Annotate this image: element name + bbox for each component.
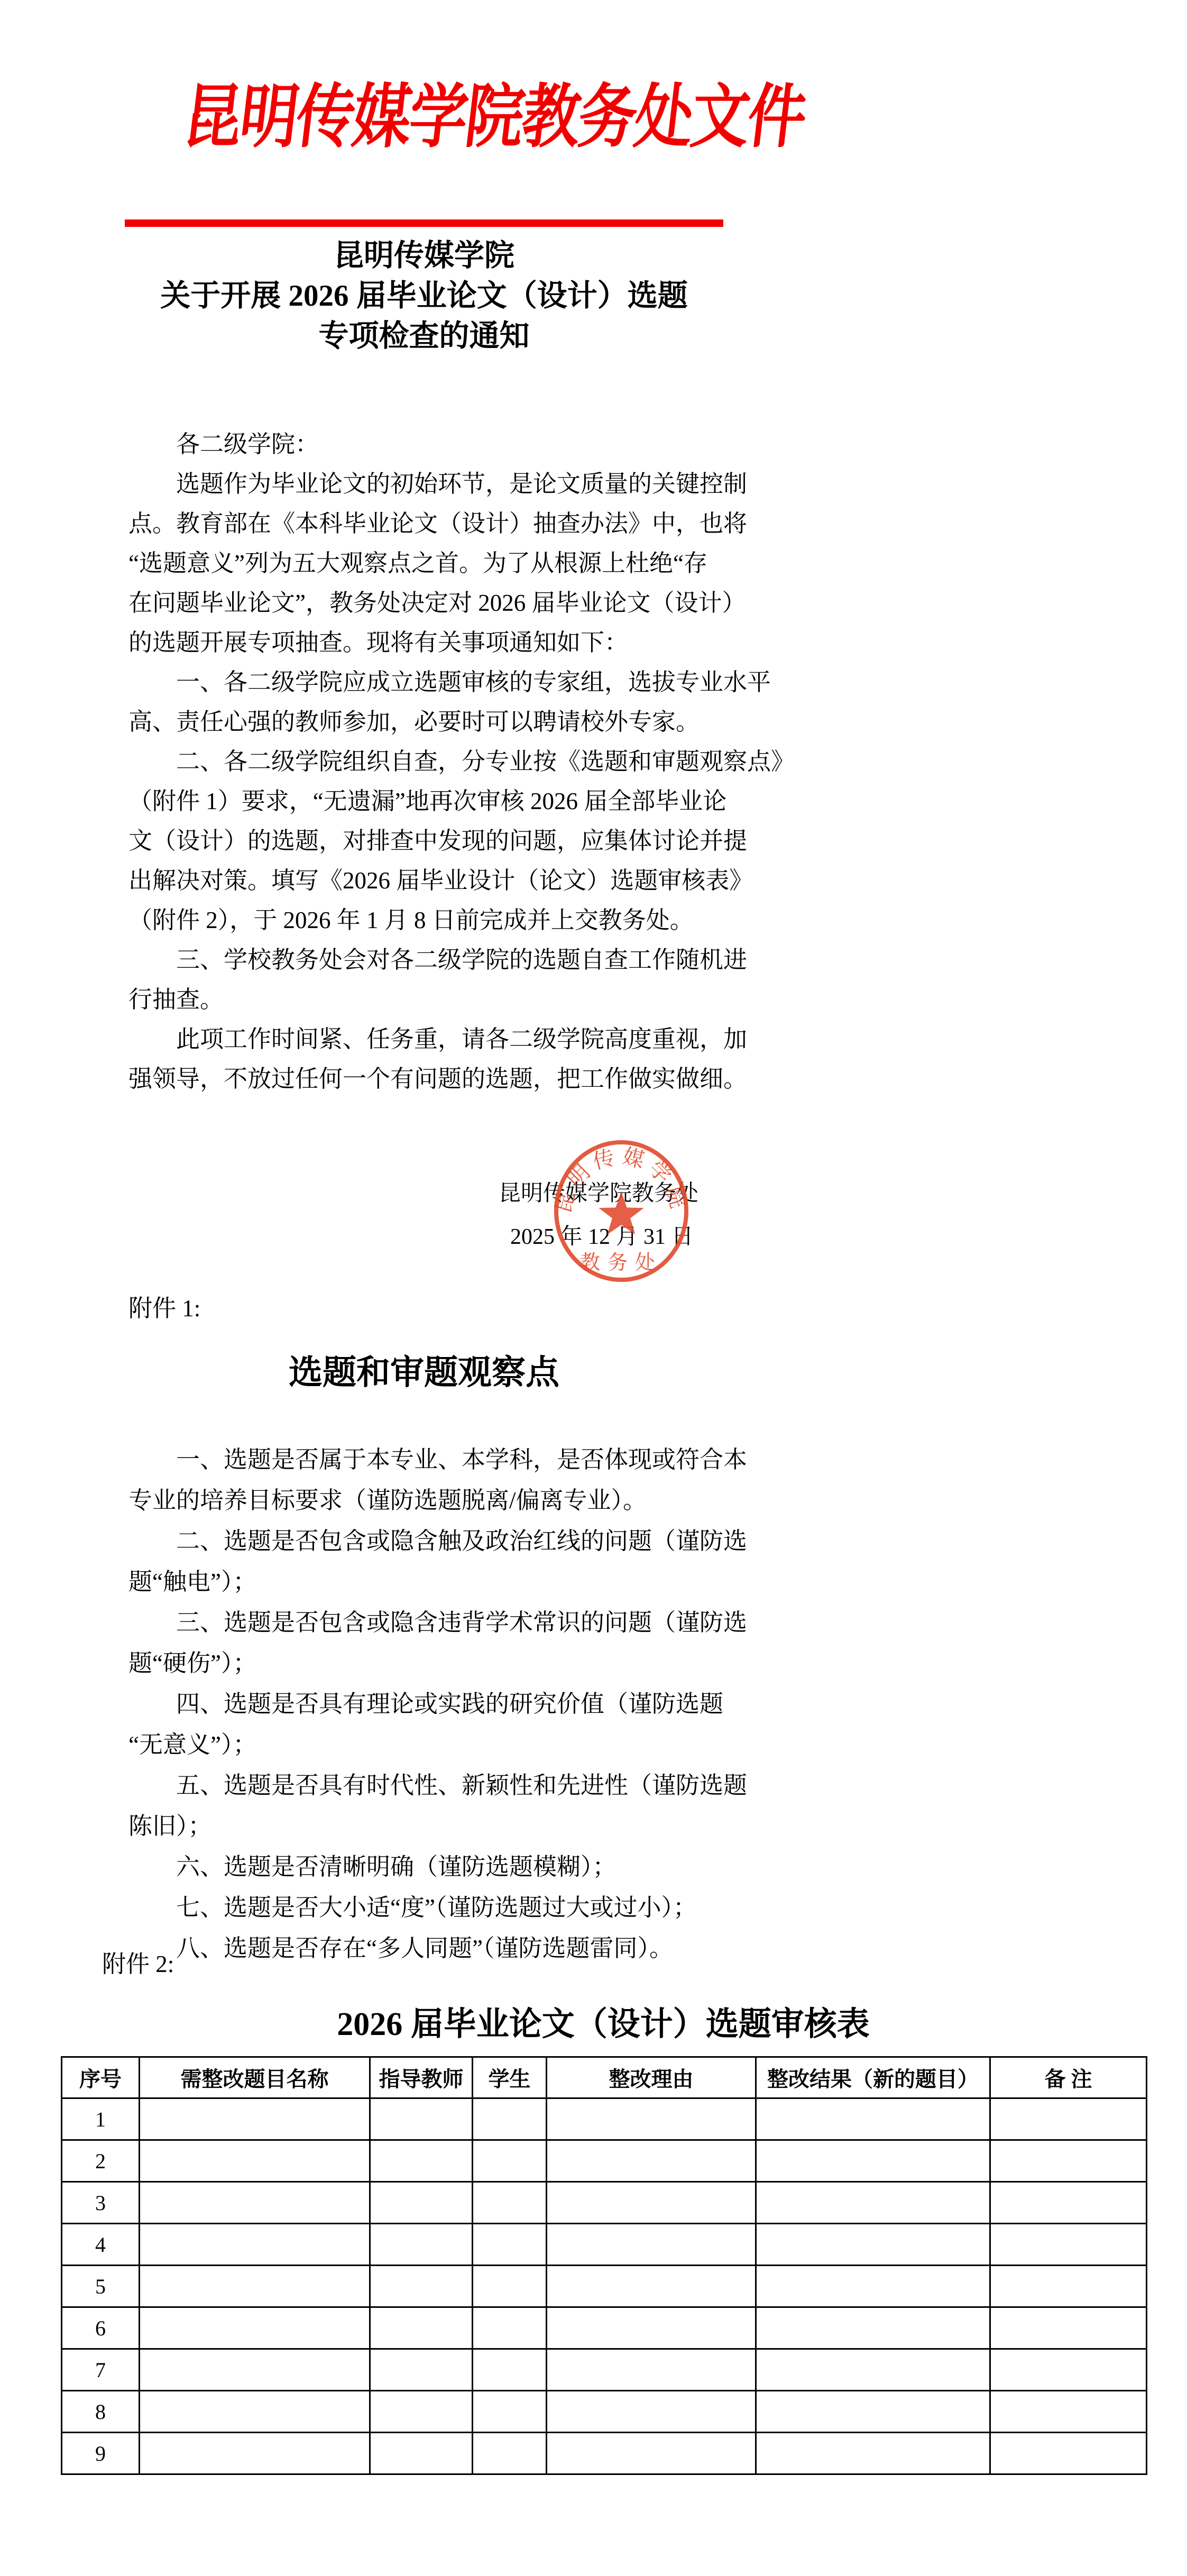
- empty-form-cell: [990, 2266, 1147, 2307]
- notice-line: 点。教育部在《本科毕业论文（设计）抽查办法》中，也将: [128, 504, 725, 544]
- attachment1-label: 附件 1:: [128, 1294, 200, 1323]
- seal-bottom-text: 教务处: [580, 1252, 662, 1274]
- empty-form-cell: [370, 2224, 473, 2266]
- empty-form-cell: [547, 2182, 756, 2224]
- notice-line: （附件 1）要求，“无遗漏”地再次审核 2026 届全部毕业论: [128, 782, 725, 821]
- table-header-cell: 备 注: [990, 2057, 1147, 2098]
- notice-line: 各二级学院：: [128, 425, 725, 464]
- empty-form-cell: [547, 2140, 756, 2182]
- empty-form-cell: [473, 2182, 547, 2224]
- notice-line: “选题意义”列为五大观察点之首。为了从根源上杜绝“存: [128, 544, 725, 583]
- row-number-cell: 4: [62, 2224, 140, 2266]
- attachment1-line: 三、选题是否包含或隐含违背学术常识的问题（谨防选: [128, 1602, 725, 1643]
- empty-form-cell: [756, 2140, 990, 2182]
- table-row: 6: [62, 2307, 1147, 2349]
- empty-form-cell: [140, 2098, 370, 2140]
- table-row: 2: [62, 2140, 1147, 2182]
- empty-form-cell: [547, 2224, 756, 2266]
- table-header-cell: 学生: [473, 2057, 547, 2098]
- notice-line: 行抽查。: [128, 980, 725, 1020]
- notice-body: 各二级学院：选题作为毕业论文的初始环节，是论文质量的关键控制点。教育部在《本科毕…: [128, 425, 725, 1099]
- table-header-row: 序号需整改题目名称指导教师学生整改理由整改结果（新的题目）备 注: [62, 2057, 1147, 2098]
- empty-form-cell: [756, 2266, 990, 2307]
- empty-form-cell: [756, 2307, 990, 2349]
- attachment2-label: 附件 2:: [102, 1949, 174, 1979]
- empty-form-cell: [990, 2140, 1147, 2182]
- empty-form-cell: [547, 2307, 756, 2349]
- notice-line: 在问题毕业论文”，教务处决定对 2026 届毕业论文（设计）: [128, 583, 725, 623]
- attachment1-heading: 选题和审题观察点: [125, 1352, 723, 1394]
- notice-line: 的选题开展专项抽查。现将有关事项通知如下：: [128, 623, 725, 663]
- table-row: 4: [62, 2224, 1147, 2266]
- attachment1-list: 一、选题是否属于本专业、本学科，是否体现或符合本专业的培养目标要求（谨防选题脱离…: [128, 1440, 725, 1969]
- document-title-line3: 专项检查的通知: [125, 316, 723, 356]
- empty-form-cell: [140, 2224, 370, 2266]
- empty-form-cell: [473, 2224, 547, 2266]
- document-title-line2: 关于开展 2026 届毕业论文（设计）选题: [125, 276, 723, 316]
- empty-form-cell: [990, 2391, 1147, 2433]
- table-row: 3: [62, 2182, 1147, 2224]
- empty-form-cell: [140, 2182, 370, 2224]
- table-row: 8: [62, 2391, 1147, 2433]
- row-number-cell: 9: [62, 2433, 140, 2474]
- official-seal: 昆明传媒学院 教务处: [539, 1124, 703, 1298]
- empty-form-cell: [473, 2433, 547, 2474]
- empty-form-cell: [473, 2349, 547, 2391]
- table-header-cell: 指导教师: [370, 2057, 473, 2098]
- review-table: 序号需整改题目名称指导教师学生整改理由整改结果（新的题目）备 注 1234567…: [61, 2056, 1147, 2475]
- empty-form-cell: [473, 2140, 547, 2182]
- table-row: 5: [62, 2266, 1147, 2307]
- attachment1-line: 七、选题是否大小适“度”（谨防选题过大或过小）；: [128, 1887, 725, 1928]
- empty-form-cell: [140, 2307, 370, 2349]
- empty-form-cell: [370, 2266, 473, 2307]
- row-number-cell: 1: [62, 2098, 140, 2140]
- notice-line: 强领导，不放过任何一个有问题的选题，把工作做实做细。: [128, 1059, 725, 1099]
- row-number-cell: 2: [62, 2140, 140, 2182]
- table-header-cell: 序号: [62, 2057, 140, 2098]
- empty-form-cell: [473, 2391, 547, 2433]
- empty-form-cell: [473, 2266, 547, 2307]
- table-header-cell: 整改理由: [547, 2057, 756, 2098]
- document-title-line1: 昆明传媒学院: [125, 236, 723, 276]
- empty-form-cell: [756, 2391, 990, 2433]
- empty-form-cell: [756, 2349, 990, 2391]
- table-row: 1: [62, 2098, 1147, 2140]
- attachment1-line: 二、选题是否包含或隐含触及政治红线的问题（谨防选: [128, 1521, 725, 1562]
- empty-form-cell: [990, 2349, 1147, 2391]
- empty-form-cell: [990, 2307, 1147, 2349]
- empty-form-cell: [370, 2349, 473, 2391]
- notice-line: 选题作为毕业论文的初始环节，是论文质量的关键控制: [128, 464, 725, 504]
- row-number-cell: 5: [62, 2266, 140, 2307]
- empty-form-cell: [473, 2307, 547, 2349]
- table-row: 7: [62, 2349, 1147, 2391]
- notice-line: 文（设计）的选题，对排查中发现的问题，应集体讨论并提: [128, 821, 725, 861]
- attachment1-line: 题“触电”）；: [128, 1562, 725, 1602]
- empty-form-cell: [756, 2098, 990, 2140]
- attachment1-line: 四、选题是否具有理论或实践的研究价值（谨防选题: [128, 1684, 725, 1725]
- notice-line: 此项工作时间紧、任务重，请各二级学院高度重视，加: [128, 1020, 725, 1059]
- attachment1-line: 六、选题是否清晰明确（谨防选题模糊）；: [128, 1847, 725, 1887]
- notice-line: 高、责任心强的教师参加，必要时可以聘请校外专家。: [128, 702, 725, 742]
- attachment2-heading: 2026 届毕业论文（设计）选题审核表: [61, 2003, 1146, 2046]
- table-row: 9: [62, 2433, 1147, 2474]
- letterhead-banner-text: 昆明传媒学院教务处文件: [179, 78, 809, 158]
- attachment1-line: 专业的培养目标要求（谨防选题脱离/偏离专业）。: [128, 1480, 725, 1521]
- notice-line: 三、学校教务处会对各二级学院的选题自查工作随机进: [128, 940, 725, 980]
- empty-form-cell: [370, 2433, 473, 2474]
- empty-form-cell: [370, 2391, 473, 2433]
- empty-form-cell: [990, 2433, 1147, 2474]
- empty-form-cell: [990, 2098, 1147, 2140]
- empty-form-cell: [756, 2182, 990, 2224]
- attachment1-line: “无意义”）；: [128, 1725, 725, 1765]
- attachment1-line: 一、选题是否属于本专业、本学科，是否体现或符合本: [128, 1440, 725, 1480]
- empty-form-cell: [370, 2098, 473, 2140]
- empty-form-cell: [140, 2266, 370, 2307]
- attachment1-line: 题“硬伤”）；: [128, 1643, 725, 1684]
- row-number-cell: 3: [62, 2182, 140, 2224]
- empty-form-cell: [547, 2349, 756, 2391]
- row-number-cell: 8: [62, 2391, 140, 2433]
- letterhead-banner: 昆明传媒学院教务处文件: [125, 78, 723, 163]
- empty-form-cell: [140, 2391, 370, 2433]
- empty-form-cell: [370, 2307, 473, 2349]
- empty-form-cell: [473, 2098, 547, 2140]
- notice-line: （附件 2），于 2026 年 1 月 8 日前完成并上交教务处。: [128, 901, 725, 940]
- empty-form-cell: [547, 2433, 756, 2474]
- notice-line: 二、各二级学院组织自查，分专业按《选题和审题观察点》: [128, 742, 725, 782]
- letterhead-divider-line: [125, 219, 723, 227]
- document-title: 昆明传媒学院 关于开展 2026 届毕业论文（设计）选题 专项检查的通知: [125, 236, 723, 356]
- empty-form-cell: [990, 2182, 1147, 2224]
- row-number-cell: 7: [62, 2349, 140, 2391]
- empty-form-cell: [990, 2224, 1147, 2266]
- empty-form-cell: [756, 2433, 990, 2474]
- attachment1-line: 陈旧）；: [128, 1806, 725, 1847]
- document-page: 昆明传媒学院教务处文件 昆明传媒学院 关于开展 2026 届毕业论文（设计）选题…: [0, 0, 1187, 2576]
- empty-form-cell: [140, 2140, 370, 2182]
- table-header-cell: 需整改题目名称: [140, 2057, 370, 2098]
- empty-form-cell: [547, 2266, 756, 2307]
- notice-line: 一、各二级学院应成立选题审核的专家组，选拔专业水平: [128, 663, 725, 702]
- attachment1-line: 八、选题是否存在“多人同题”（谨防选题雷同）。: [128, 1928, 725, 1969]
- row-number-cell: 6: [62, 2307, 140, 2349]
- seal-star-icon: [599, 1191, 644, 1234]
- table-header-cell: 整改结果（新的题目）: [756, 2057, 990, 2098]
- empty-form-cell: [140, 2349, 370, 2391]
- empty-form-cell: [370, 2182, 473, 2224]
- notice-line: 出解决对策。填写《2026 届毕业设计（论文）选题审核表》: [128, 861, 725, 901]
- empty-form-cell: [547, 2098, 756, 2140]
- empty-form-cell: [756, 2224, 990, 2266]
- empty-form-cell: [370, 2140, 473, 2182]
- empty-form-cell: [140, 2433, 370, 2474]
- attachment1-line: 五、选题是否具有时代性、新颖性和先进性（谨防选题: [128, 1765, 725, 1806]
- empty-form-cell: [547, 2391, 756, 2433]
